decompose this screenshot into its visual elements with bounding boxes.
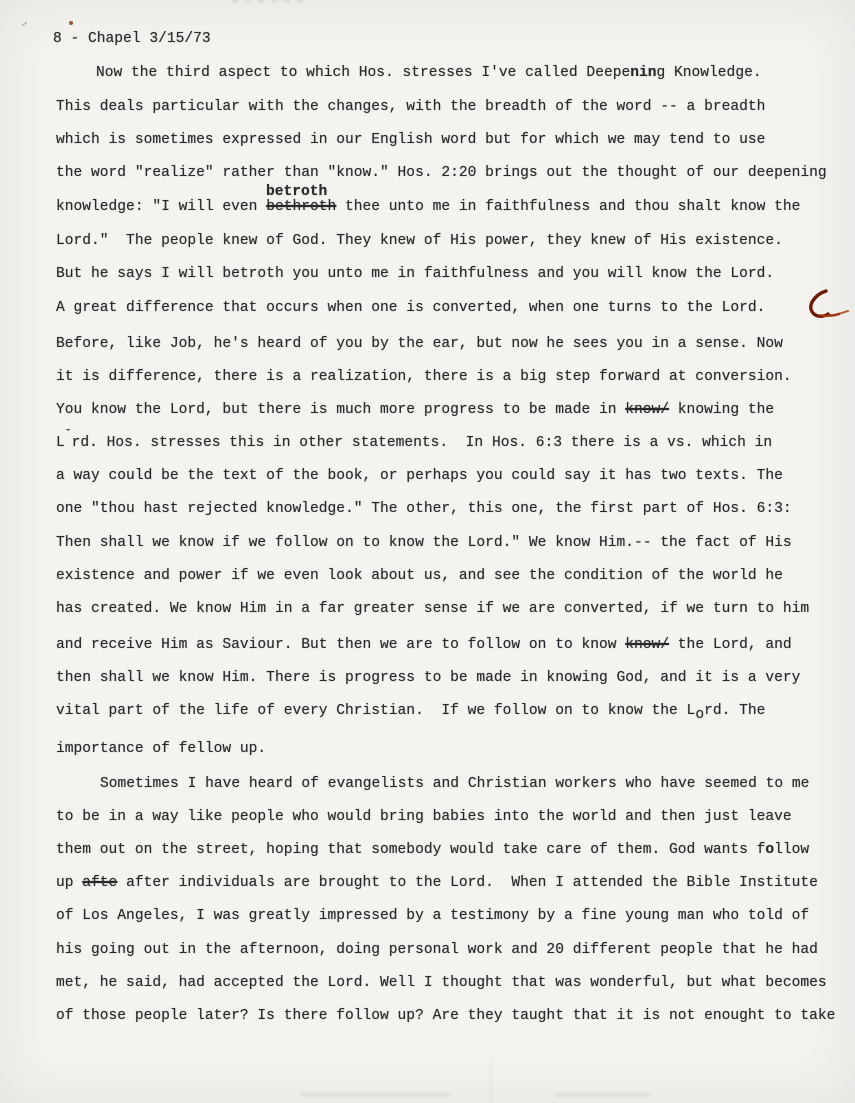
typed-line: and receive Him as Saviour. But then we …	[56, 636, 792, 654]
typed-line: has created. We know Him in a far greate…	[56, 600, 809, 618]
scan-speck-red	[69, 21, 73, 25]
typed-line: importance of fellow up.	[56, 740, 266, 758]
scan-smudge	[490, 1062, 492, 1102]
typed-line: of those people later? Is there follow u…	[56, 1007, 835, 1025]
typed-line: them out on the street, hoping that some…	[56, 841, 809, 859]
document-page: 8 - Chapel 3/15/73Now the third aspect t…	[0, 0, 855, 1103]
scan-smudge	[300, 1092, 450, 1097]
typed-line: to be in a way like people who would bri…	[56, 808, 792, 826]
typed-line: up afte after individuals are brought to…	[56, 874, 818, 892]
typed-line: Before, like Job, he's heard of you by t…	[56, 335, 783, 353]
typed-line: met, he said, had accepted the Lord. Wel…	[56, 974, 827, 992]
typed-line: Then shall we know if we follow on to kn…	[56, 534, 792, 552]
typed-line: existence and power if we even look abou…	[56, 567, 783, 585]
typed-line: his going out in the afternoon, doing pe…	[56, 941, 818, 959]
top-edge-text-fragment	[232, 0, 307, 3]
typed-line: the word "realize" rather than "know." H…	[56, 164, 827, 182]
typed-line: which is sometimes expressed in our Engl…	[56, 131, 765, 149]
handwritten-red-mark	[792, 286, 852, 328]
typed-line: Now the third aspect to which Hos. stres…	[96, 64, 762, 82]
typed-line: Lˇrd. Hos. stresses this in other statem…	[56, 434, 772, 453]
typed-line: A great difference that occurs when one …	[56, 299, 765, 317]
page-header: 8 - Chapel 3/15/73	[53, 30, 211, 48]
typed-line: vital part of the life of every Christia…	[56, 702, 765, 720]
scan-smudge	[555, 1092, 650, 1097]
typed-line: Lord." The people knew of God. They knew…	[56, 232, 783, 250]
typed-line: one "thou hast rejected knowledge." The …	[56, 500, 792, 518]
typed-line: it is difference, there is a realization…	[56, 368, 792, 386]
typed-line: then shall we know Him. There is progres…	[56, 669, 800, 687]
typed-line: of Los Angeles, I was greatly impressed …	[56, 907, 809, 925]
typed-line: This deals particular with the changes, …	[56, 98, 765, 116]
scan-speck-gray	[19, 18, 27, 26]
typed-line: Sometimes I have heard of evangelists an…	[100, 775, 809, 793]
typed-line: knowledge: "I will even bethroth thee un…	[56, 198, 800, 216]
typed-line: But he says I will betroth you unto me i…	[56, 265, 774, 283]
typed-line: a way could be the text of the book, or …	[56, 467, 783, 485]
typed-line: You know the Lord, but there is much mor…	[56, 401, 774, 419]
